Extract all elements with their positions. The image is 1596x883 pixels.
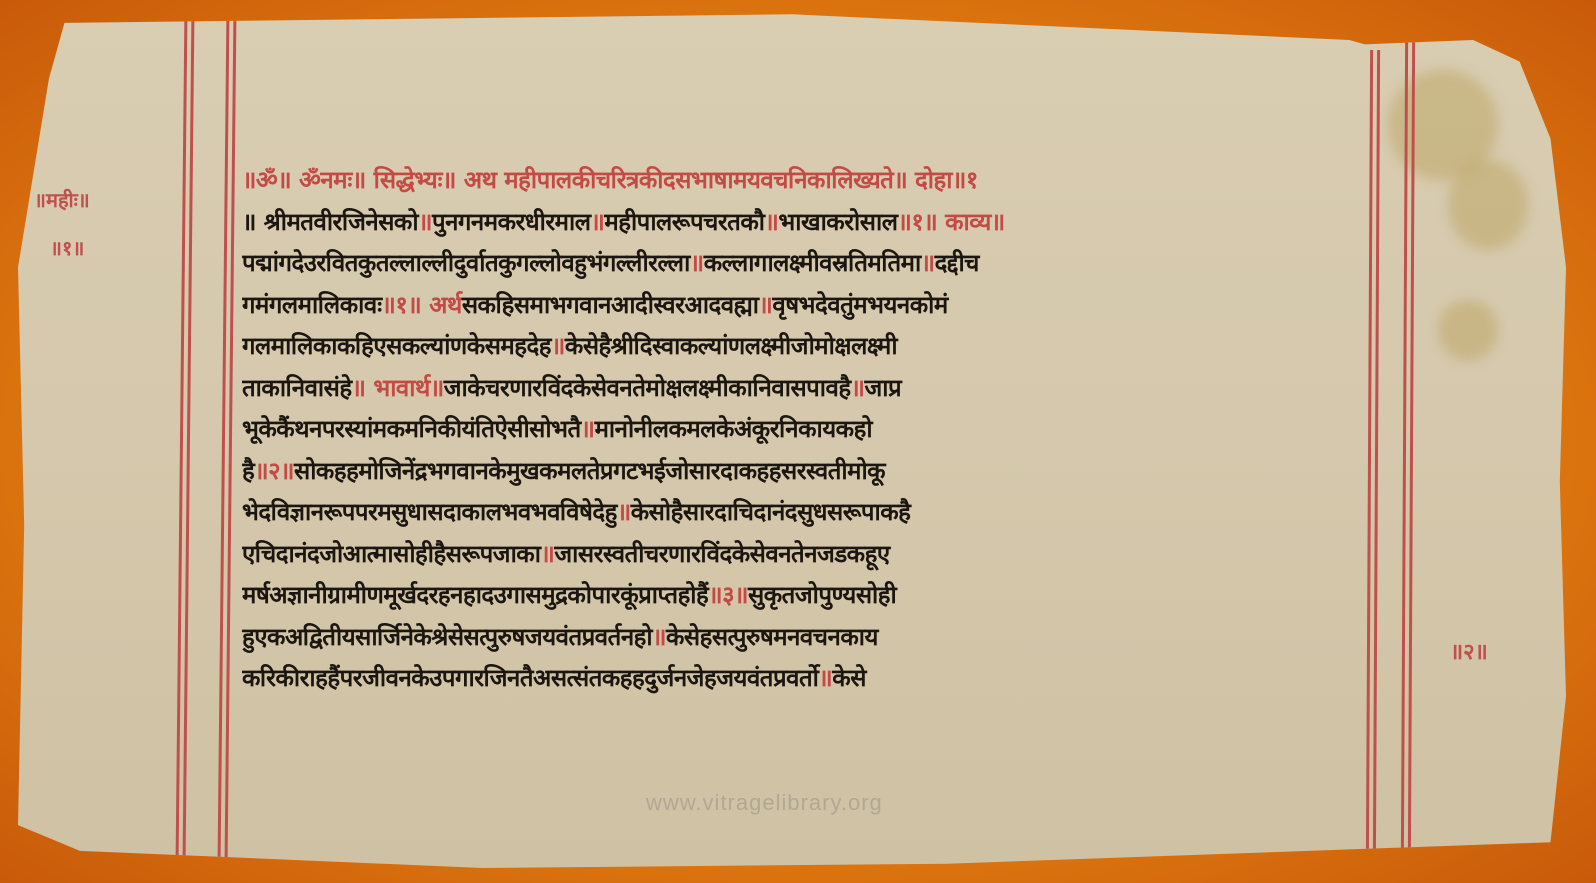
- ruling-line-right-inner-b: [1373, 50, 1380, 860]
- text-line: भेदविज्ञानरूपपरमसुधासदाकालभवभवविषेदेहु॥क…: [242, 492, 1372, 534]
- watermark: www.vitragelibrary.org: [646, 790, 883, 816]
- header-line: ॥ॐ॥ ॐनमः॥ सिद्धेभ्यः॥ अथ महीपालकीचरित्रक…: [242, 160, 1372, 202]
- margin-title-left: ॥महीः॥: [34, 186, 90, 213]
- text-line: हुएकअद्वितीयसार्जिनेकेश्रेसेसत्पुरुषजयवं…: [242, 617, 1372, 659]
- folio-number-right: ॥२॥: [1450, 636, 1488, 666]
- text-line: गलमालिकाकहिएसकल्यांणकेसमहदेह॥केसेहैश्रीद…: [242, 326, 1372, 368]
- text-line: एचिदानंदजोआत्मासोहीहैसरूपजाका॥जासरस्वतीच…: [242, 534, 1372, 576]
- manuscript-folio: ॥महीः॥ ॥१॥ ॥२॥ ॥ॐ॥ ॐनमः॥ सिद्धेभ्यः॥ अथ …: [18, 10, 1566, 868]
- folio-number-left: ॥१॥: [50, 234, 84, 261]
- text-line: मर्षअज्ञानीग्रामीणमूर्खदरहनहादउगासमुद्रक…: [242, 575, 1372, 617]
- manuscript-text: ॥ॐ॥ ॐनमः॥ सिद्धेभ्यः॥ अथ महीपालकीचरित्रक…: [242, 160, 1372, 700]
- text-line: ॥ श्रीमतवीरजिनेसको॥पुनगनमकरधीरमाल॥महीपाल…: [242, 202, 1372, 244]
- ruling-line-right-outer-a: [1401, 40, 1408, 860]
- text-line: पद्मांगदेउरवितकुतल्लाल्लीदुर्वातकुगल्लोव…: [242, 243, 1372, 285]
- text-line: ताकानिवासंहे॥ भावार्थ॥जाकेचरणारविंदकेसेव…: [242, 368, 1372, 410]
- text-line: गमंगलमालिकावः॥१॥ अर्थसकहिसमाभगवानआदीस्वर…: [242, 285, 1372, 327]
- text-line: भूकेकैंथनपरस्यांमकमनिकीयंतिऐसीसोभतै॥मानो…: [242, 409, 1372, 451]
- water-stain: [1448, 160, 1528, 250]
- text-line: है॥२॥सोकहहमोजिनेंद्रभगवानकेमुखकमलतेप्रगट…: [242, 451, 1372, 493]
- text-line: करिकीराहहैंपरजीवनकेउपगारजिनतैअसत्संतकहहद…: [242, 658, 1372, 700]
- water-stain: [1438, 300, 1498, 360]
